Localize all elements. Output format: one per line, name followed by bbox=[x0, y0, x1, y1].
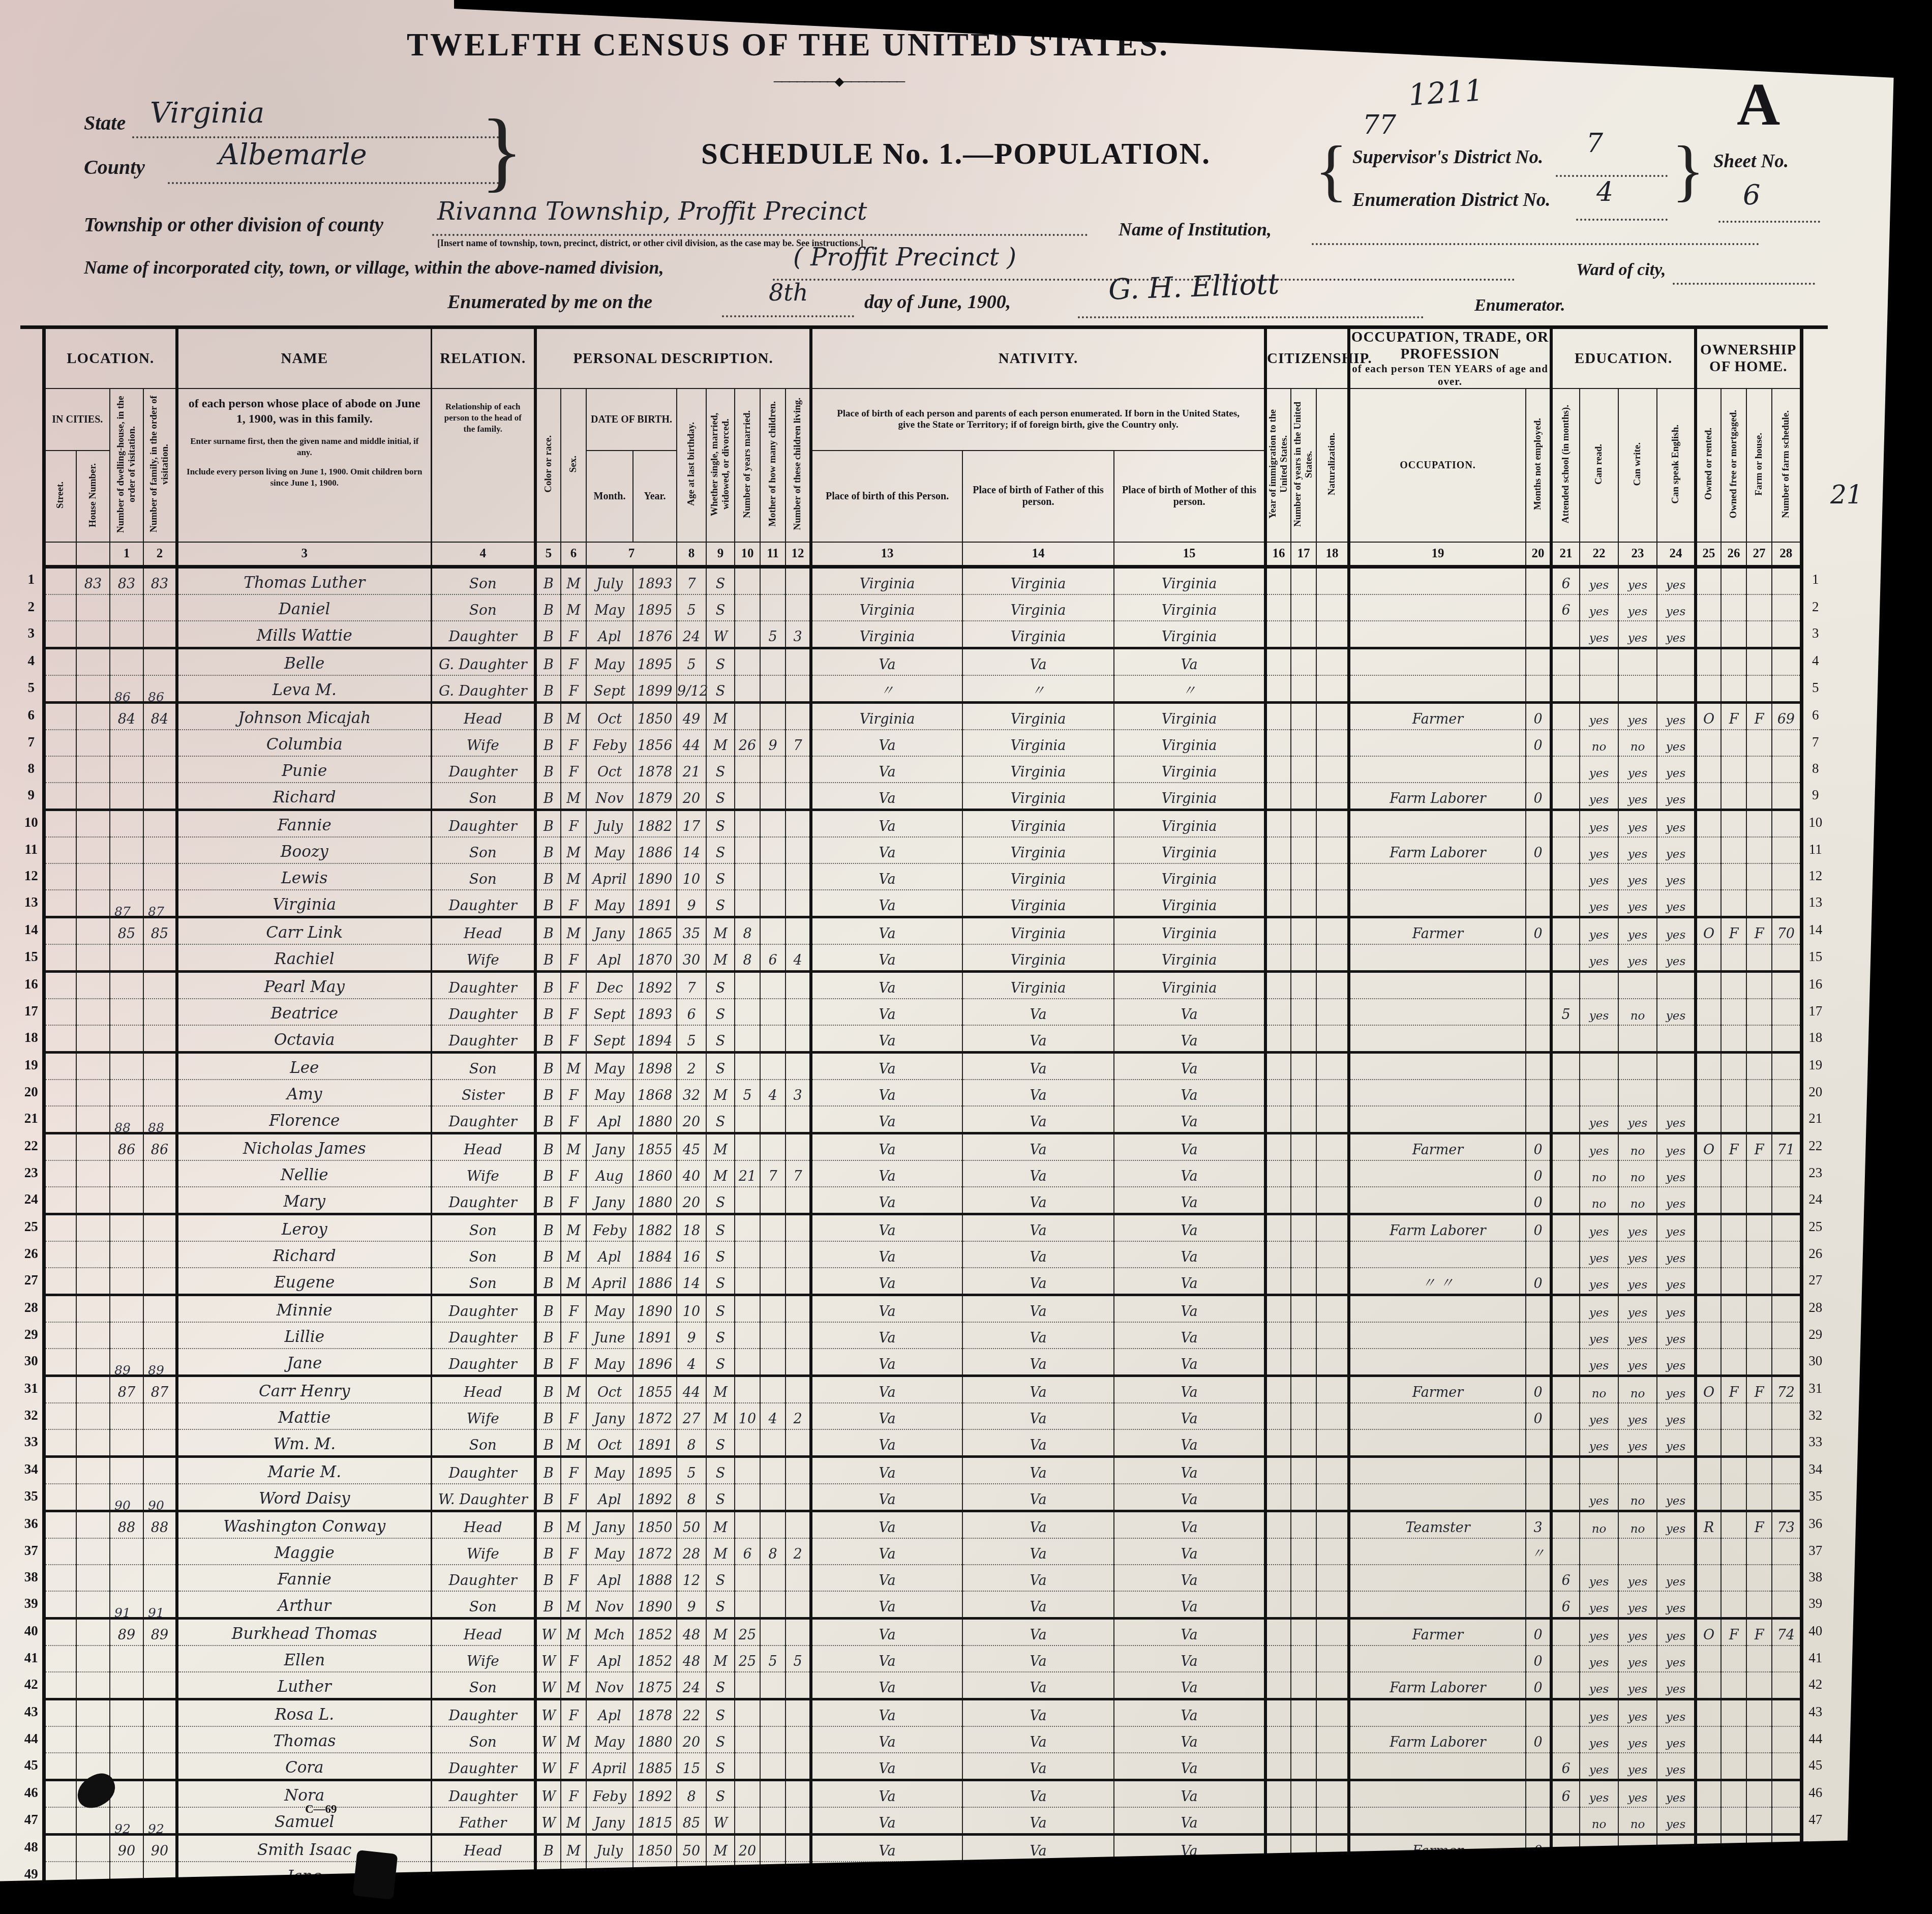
relation-subtitle: Relationship of each person to the head … bbox=[439, 401, 527, 435]
cell-mc bbox=[760, 837, 786, 863]
cell-pb: Va bbox=[811, 1457, 962, 1484]
cell-ym: 8 bbox=[735, 944, 760, 972]
cell-pb: Va bbox=[811, 1429, 962, 1457]
cell-yr: 1895 bbox=[633, 648, 677, 676]
cell-st bbox=[44, 730, 76, 756]
cell-fr bbox=[1721, 1484, 1746, 1511]
cell-fr: F bbox=[1721, 1133, 1746, 1161]
cell-mc bbox=[760, 1053, 786, 1080]
cell-pm: Virginia bbox=[1114, 783, 1265, 810]
cell-wr: yes bbox=[1618, 1565, 1657, 1591]
cell-fs bbox=[1772, 1753, 1801, 1780]
cell-ho bbox=[76, 999, 110, 1025]
cell-name: Columbia bbox=[177, 730, 431, 756]
cell-na bbox=[1316, 1106, 1349, 1133]
cell-ym bbox=[735, 890, 760, 917]
cell-sx: M bbox=[561, 1053, 586, 1080]
cell-fr bbox=[1721, 1268, 1746, 1295]
cell-mo: July bbox=[586, 1835, 633, 1862]
cell-mn: 0 bbox=[1526, 1403, 1551, 1429]
cell-at bbox=[1551, 890, 1580, 917]
cell-pb: Va bbox=[811, 648, 962, 676]
district-brace-close: } bbox=[1672, 131, 1705, 210]
cell-yu bbox=[1291, 1726, 1316, 1753]
cell-na bbox=[1316, 1053, 1349, 1080]
colnum-23: 23 bbox=[1618, 542, 1657, 567]
cell-yr: 1892 bbox=[633, 1780, 677, 1808]
cell-fr bbox=[1721, 1672, 1746, 1699]
enumerator-fill-line bbox=[1078, 316, 1424, 318]
cell-mn bbox=[1526, 810, 1551, 838]
table-row: 30JaneDaughterBFMay18964SVaVaVayesyesyes… bbox=[20, 1349, 1828, 1376]
cell-na bbox=[1316, 1322, 1349, 1349]
cell-pb: Va bbox=[811, 1619, 962, 1646]
cell-at bbox=[1551, 621, 1580, 648]
cell-at bbox=[1551, 1349, 1580, 1376]
cell-co: B bbox=[535, 703, 561, 730]
cell-n: 8 bbox=[20, 756, 44, 783]
table-row: 3189878987Carr HenryHeadBMOct185544MVaVa… bbox=[20, 1376, 1828, 1403]
cell-pm: Va bbox=[1114, 1672, 1265, 1699]
cell-dw bbox=[110, 648, 143, 676]
cell-rd: yes bbox=[1580, 999, 1618, 1025]
cell-sx: M bbox=[561, 594, 586, 621]
cell-name: Daniel bbox=[177, 594, 431, 621]
cell-ag: 8 bbox=[677, 1484, 706, 1511]
table-row: 42LutherSonWMNov187524SVaVaVaFarm Labore… bbox=[20, 1672, 1828, 1699]
cell-rd: yes bbox=[1580, 837, 1618, 863]
cell-rd bbox=[1580, 972, 1618, 999]
cell-pm: Va bbox=[1114, 1646, 1265, 1672]
cell-fs bbox=[1772, 837, 1801, 863]
cell-im bbox=[1265, 1565, 1291, 1591]
cell-pb: 〃 bbox=[811, 675, 962, 703]
cell-ma: S bbox=[706, 1780, 735, 1808]
farm-or-house-header: Farm or house. bbox=[1746, 388, 1772, 542]
sheet-no-value: 6 bbox=[1743, 179, 1760, 211]
cell-mo: April bbox=[586, 863, 633, 890]
cell-name: Carr Link bbox=[177, 917, 431, 945]
cell-mc bbox=[760, 703, 786, 730]
cell-im bbox=[1265, 1807, 1291, 1835]
cell-ym bbox=[735, 863, 760, 890]
cell-yu bbox=[1291, 1241, 1316, 1268]
cell-mn: 0 bbox=[1526, 1214, 1551, 1242]
cell-sx: M bbox=[561, 567, 586, 595]
naturalization-header: Naturalization. bbox=[1316, 388, 1349, 542]
cell-pm: Va bbox=[1114, 1753, 1265, 1780]
cell-pm: Virginia bbox=[1114, 917, 1265, 945]
cell-ho bbox=[76, 1835, 110, 1862]
cell-ow bbox=[1696, 1268, 1721, 1295]
cell-name: Lillie bbox=[177, 1322, 431, 1349]
cell-im bbox=[1265, 1457, 1291, 1484]
years-married-header: Number of years married. bbox=[735, 388, 760, 542]
cell-sx: F bbox=[561, 810, 586, 838]
cell-at bbox=[1551, 1484, 1580, 1511]
cell-na bbox=[1316, 1484, 1349, 1511]
cell-fh bbox=[1746, 730, 1772, 756]
cell-co: B bbox=[535, 1187, 561, 1214]
cell-rel: Son bbox=[431, 1429, 535, 1457]
cell-fa bbox=[143, 648, 177, 676]
cell-rel: Daughter bbox=[431, 1699, 535, 1727]
cell-yu bbox=[1291, 1753, 1316, 1780]
cell-name: Samuel bbox=[177, 1807, 431, 1835]
cell-im bbox=[1265, 1511, 1291, 1539]
cell-cl bbox=[786, 675, 811, 703]
cell-cl bbox=[786, 972, 811, 999]
cell-ow bbox=[1696, 1349, 1721, 1376]
cell-ow bbox=[1696, 621, 1721, 648]
cell-pb: Va bbox=[811, 1160, 962, 1187]
cell-ow bbox=[1696, 1457, 1721, 1484]
cell-fs: 73 bbox=[1772, 1511, 1801, 1539]
cell-co: B bbox=[535, 1322, 561, 1349]
cell-yu bbox=[1291, 567, 1316, 595]
cell-yr: 1894 bbox=[633, 1025, 677, 1053]
cell-rel: Wife bbox=[431, 1538, 535, 1565]
cell-dw bbox=[110, 594, 143, 621]
cell-yr: 1850 bbox=[633, 1511, 677, 1539]
cell-yr: 1868 bbox=[633, 1080, 677, 1106]
township-fill-line bbox=[432, 234, 1088, 236]
cell-cl bbox=[786, 1187, 811, 1214]
cell-ow: O bbox=[1696, 1376, 1721, 1403]
cell-sx: F bbox=[561, 999, 586, 1025]
cell-fh bbox=[1746, 675, 1772, 703]
enumeration-district-value: 4 bbox=[1596, 177, 1613, 207]
cell-mn: 3 bbox=[1526, 1511, 1551, 1539]
cell-name: Carr Henry bbox=[177, 1376, 431, 1403]
cell-n2: 11 bbox=[1801, 837, 1828, 863]
cell-pm: Va bbox=[1114, 1591, 1265, 1619]
cell-mo: Apl bbox=[586, 944, 633, 972]
cell-rd: yes bbox=[1580, 1268, 1618, 1295]
cell-pf: Virginia bbox=[962, 594, 1114, 621]
cell-ho bbox=[76, 1241, 110, 1268]
cell-fr bbox=[1721, 1214, 1746, 1242]
cell-rd: yes bbox=[1580, 1484, 1618, 1511]
cell-pm: 〃 bbox=[1114, 675, 1265, 703]
cell-pf: Va bbox=[962, 1349, 1114, 1376]
cell-fh bbox=[1746, 1403, 1772, 1429]
cell-en: yes bbox=[1657, 1429, 1696, 1457]
cell-at bbox=[1551, 972, 1580, 999]
table-row: 13VirginiaDaughterBFMay18919SVaVirginiaV… bbox=[20, 890, 1828, 917]
color-race-label: Color or race. bbox=[543, 435, 554, 493]
cell-rd: yes bbox=[1580, 1214, 1618, 1242]
cell-yr: 1891 bbox=[633, 1322, 677, 1349]
cell-mc: 5 bbox=[760, 1646, 786, 1672]
cell-name: Johnson Micajah bbox=[177, 703, 431, 730]
cell-yr: 1886 bbox=[633, 837, 677, 863]
cell-ym bbox=[735, 837, 760, 863]
cell-cl bbox=[786, 837, 811, 863]
cell-mn bbox=[1526, 1565, 1551, 1591]
cell-mc bbox=[760, 1025, 786, 1053]
cell-sx: M bbox=[561, 1376, 586, 1403]
cell-mo: Nov bbox=[586, 1591, 633, 1619]
cell-sx: F bbox=[561, 1753, 586, 1780]
cell-ma: S bbox=[706, 1295, 735, 1323]
cell-yr: 1852 bbox=[633, 1619, 677, 1646]
cell-ow bbox=[1696, 1484, 1721, 1511]
cell-sx: F bbox=[561, 1565, 586, 1591]
cell-st bbox=[44, 944, 76, 972]
cell-yu bbox=[1291, 810, 1316, 838]
cell-fr bbox=[1721, 1080, 1746, 1106]
cell-fa bbox=[143, 1646, 177, 1672]
cell-dw bbox=[110, 1053, 143, 1080]
cell-yu bbox=[1291, 999, 1316, 1025]
cell-sx: F bbox=[561, 972, 586, 999]
cell-oc bbox=[1349, 756, 1526, 783]
cell-ho bbox=[76, 1511, 110, 1539]
cell-mc bbox=[760, 1699, 786, 1727]
cell-name: Fannie bbox=[177, 1565, 431, 1591]
cell-im bbox=[1265, 837, 1291, 863]
cell-fs bbox=[1772, 1214, 1801, 1242]
cell-ma: S bbox=[706, 1241, 735, 1268]
cell-ow bbox=[1696, 863, 1721, 890]
cell-rel: Son bbox=[431, 1726, 535, 1753]
cell-st bbox=[44, 1106, 76, 1133]
cell-pm: Va bbox=[1114, 1726, 1265, 1753]
cell-rd bbox=[1580, 1053, 1618, 1080]
cell-yr: 1888 bbox=[633, 1565, 677, 1591]
cell-oc: 〃 〃 bbox=[1349, 1268, 1526, 1295]
cell-fa bbox=[143, 1457, 177, 1484]
cell-mo: May bbox=[586, 594, 633, 621]
cell-st bbox=[44, 1053, 76, 1080]
cell-mc bbox=[760, 1214, 786, 1242]
cell-sx: M bbox=[561, 1429, 586, 1457]
cell-ym bbox=[735, 1591, 760, 1619]
cell-rel: Son bbox=[431, 1214, 535, 1242]
cell-n: 7 bbox=[20, 730, 44, 756]
cell-fh bbox=[1746, 1295, 1772, 1323]
cell-at bbox=[1551, 1187, 1580, 1214]
cell-pf: Va bbox=[962, 1457, 1114, 1484]
cell-co: B bbox=[535, 1133, 561, 1161]
nativity-subtitle: Place of birth of each person and parent… bbox=[811, 388, 1265, 451]
cell-rd: yes bbox=[1580, 621, 1618, 648]
cell-rd: yes bbox=[1580, 1322, 1618, 1349]
cell-ag: 10 bbox=[677, 1295, 706, 1323]
cell-ho bbox=[76, 1591, 110, 1619]
cell-ag: 35 bbox=[677, 917, 706, 945]
cell-mn bbox=[1526, 863, 1551, 890]
cell-oc: Farm Laborer bbox=[1349, 1726, 1526, 1753]
cell-rel: G. Daughter bbox=[431, 648, 535, 676]
cell-en: yes bbox=[1657, 1807, 1696, 1835]
cell-fa: 8987 bbox=[143, 1376, 177, 1403]
cell-at bbox=[1551, 1429, 1580, 1457]
cell-st bbox=[44, 810, 76, 838]
cell-co: B bbox=[535, 648, 561, 676]
cell-dw bbox=[110, 621, 143, 648]
cell-en: yes bbox=[1657, 1672, 1696, 1699]
cell-ym bbox=[735, 1322, 760, 1349]
cell-ym bbox=[735, 783, 760, 810]
immigration-year-label: Year of immigration to the United States… bbox=[1267, 396, 1290, 533]
cell-im bbox=[1265, 594, 1291, 621]
table-row: 44ThomasSonWMMay188020SVaVaVaFarm Labore… bbox=[20, 1726, 1828, 1753]
cell-dw: 8684 bbox=[110, 703, 143, 730]
cell-ow bbox=[1696, 1080, 1721, 1106]
cell-yr: 1860 bbox=[633, 1160, 677, 1187]
cell-ag: 7 bbox=[677, 567, 706, 595]
cell-mn bbox=[1526, 944, 1551, 972]
cell-rel: Son bbox=[431, 567, 535, 595]
cell-pf: Virginia bbox=[962, 890, 1114, 917]
cell-n2: 46 bbox=[1801, 1780, 1828, 1808]
cell-mc bbox=[760, 1780, 786, 1808]
cell-yu bbox=[1291, 756, 1316, 783]
cell-name: Beatrice bbox=[177, 999, 431, 1025]
cell-yr: 1880 bbox=[633, 1187, 677, 1214]
cell-rel: Daughter bbox=[431, 1565, 535, 1591]
cell-n: 10 bbox=[20, 810, 44, 838]
cell-mo: April bbox=[586, 1268, 633, 1295]
cell-sx: F bbox=[561, 1160, 586, 1187]
cell-oc bbox=[1349, 863, 1526, 890]
cell-en: yes bbox=[1657, 917, 1696, 945]
cell-fh: F bbox=[1746, 1619, 1772, 1646]
cell-fr bbox=[1721, 890, 1746, 917]
city-value: ( Proffit Precinct ) bbox=[793, 243, 1016, 272]
cell-pf: Va bbox=[962, 1672, 1114, 1699]
cell-rd: yes bbox=[1580, 1619, 1618, 1646]
cell-name: Pearl May bbox=[177, 972, 431, 999]
cell-st bbox=[44, 1726, 76, 1753]
owned-free-label: Owned free or mortgaged. bbox=[1728, 410, 1739, 519]
cell-rel: Son bbox=[431, 594, 535, 621]
sheet-no-label: Sheet No. bbox=[1713, 151, 1789, 172]
cell-fh bbox=[1746, 1484, 1772, 1511]
cell-pm: Virginia bbox=[1114, 756, 1265, 783]
cell-pb: Virginia bbox=[811, 594, 962, 621]
cell-ym bbox=[735, 1349, 760, 1376]
cell-yr: 1872 bbox=[633, 1403, 677, 1429]
cell-rel: Daughter bbox=[431, 1753, 535, 1780]
can-read-header: Can read. bbox=[1580, 388, 1618, 542]
cell-na bbox=[1316, 1268, 1349, 1295]
cell-st bbox=[44, 1591, 76, 1619]
cell-ag: 18 bbox=[677, 1214, 706, 1242]
cell-n2: 34 bbox=[1801, 1457, 1828, 1484]
colnum-24: 24 bbox=[1657, 542, 1696, 567]
cell-na bbox=[1316, 1591, 1349, 1619]
cell-mo: Aug bbox=[586, 1160, 633, 1187]
cell-ma: W bbox=[706, 1807, 735, 1835]
cell-mn bbox=[1526, 1457, 1551, 1484]
cell-pb: Va bbox=[811, 730, 962, 756]
cell-pf: Va bbox=[962, 1106, 1114, 1133]
cell-sx: M bbox=[561, 1133, 586, 1161]
ward-label: Ward of city, bbox=[1576, 260, 1666, 280]
cell-mc bbox=[760, 1511, 786, 1539]
citizenship-group-header: CITIZENSHIP. bbox=[1265, 327, 1349, 389]
table-row: 20AmySisterBFMay186832M543VaVaVa20 bbox=[20, 1080, 1828, 1106]
cell-yr: 1892 bbox=[633, 1484, 677, 1511]
enumerated-day-fill-line bbox=[722, 315, 854, 317]
cell-ow bbox=[1696, 1187, 1721, 1214]
cell-n: 12 bbox=[20, 863, 44, 890]
cell-rd: yes bbox=[1580, 1106, 1618, 1133]
cell-ag: 48 bbox=[677, 1646, 706, 1672]
cell-st bbox=[44, 1080, 76, 1106]
cell-co: B bbox=[535, 1591, 561, 1619]
cell-cl bbox=[786, 1322, 811, 1349]
table-row: 38FannieDaughterBFApl188812SVaVaVa6yesye… bbox=[20, 1565, 1828, 1591]
cell-rel: Son bbox=[431, 1053, 535, 1080]
cell-mc bbox=[760, 917, 786, 945]
cell-yr: 1878 bbox=[633, 756, 677, 783]
cell-wr: yes bbox=[1618, 1429, 1657, 1457]
cell-oc bbox=[1349, 1241, 1526, 1268]
state-label: State bbox=[84, 111, 126, 135]
cell-name: Belle bbox=[177, 648, 431, 676]
cell-fs bbox=[1772, 1295, 1801, 1323]
cell-n2: 31 bbox=[1801, 1376, 1828, 1403]
cell-en bbox=[1657, 1538, 1696, 1565]
cell-pf: Va bbox=[962, 1429, 1114, 1457]
cell-im bbox=[1265, 1241, 1291, 1268]
cell-fs bbox=[1772, 1538, 1801, 1565]
cell-dw bbox=[110, 783, 143, 810]
cell-oc bbox=[1349, 1053, 1526, 1080]
cell-ho bbox=[76, 1080, 110, 1106]
cell-ow bbox=[1696, 567, 1721, 595]
cell-fa bbox=[143, 944, 177, 972]
cell-sx: F bbox=[561, 1349, 586, 1376]
cell-ag: 48 bbox=[677, 1619, 706, 1646]
occupation-column-header: OCCUPATION. bbox=[1349, 388, 1526, 542]
cell-dw bbox=[110, 999, 143, 1025]
cell-sx: F bbox=[561, 890, 586, 917]
cell-at bbox=[1551, 756, 1580, 783]
cell-mc bbox=[760, 1726, 786, 1753]
cell-n2: 3 bbox=[1801, 621, 1828, 648]
cell-na bbox=[1316, 863, 1349, 890]
cell-oc bbox=[1349, 999, 1526, 1025]
cell-oc bbox=[1349, 621, 1526, 648]
cell-name: Eugene bbox=[177, 1268, 431, 1295]
cell-n: 43 bbox=[20, 1699, 44, 1727]
cell-fs bbox=[1772, 567, 1801, 595]
cell-ma: M bbox=[706, 1080, 735, 1106]
cell-im bbox=[1265, 756, 1291, 783]
cell-pm: Va bbox=[1114, 1403, 1265, 1429]
cell-pf: Va bbox=[962, 1726, 1114, 1753]
cell-pm: Va bbox=[1114, 1457, 1265, 1484]
family-number-header: Number of family, in the order of visita… bbox=[143, 388, 177, 542]
cell-fr bbox=[1721, 594, 1746, 621]
cell-n2: 29 bbox=[1801, 1322, 1828, 1349]
cell-st bbox=[44, 837, 76, 863]
cell-fr bbox=[1721, 1160, 1746, 1187]
cell-cl bbox=[786, 1106, 811, 1133]
cell-mc bbox=[760, 1241, 786, 1268]
owned-free-header: Owned free or mortgaged. bbox=[1721, 388, 1746, 542]
cell-at: 6 bbox=[1551, 594, 1580, 621]
cell-ag: 8 bbox=[677, 1429, 706, 1457]
cell-co: B bbox=[535, 1403, 561, 1429]
cell-na bbox=[1316, 837, 1349, 863]
cell-fr bbox=[1721, 810, 1746, 838]
